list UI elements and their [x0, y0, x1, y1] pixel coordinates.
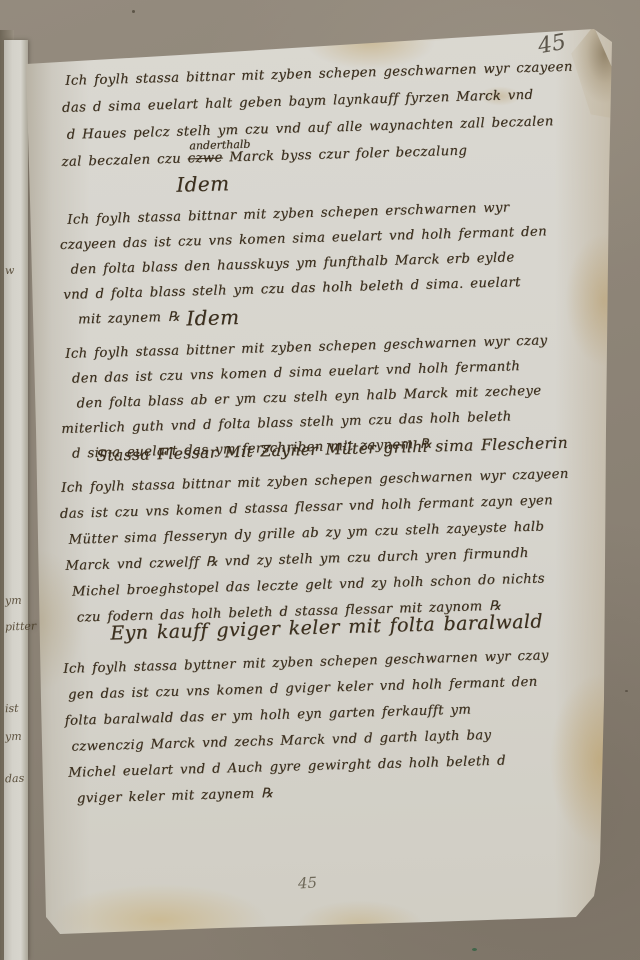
- marginal-text-fragment: ist: [5, 702, 19, 715]
- line-text: zal beczalen czu: [61, 152, 181, 170]
- marginal-text-fragment: w: [5, 264, 15, 277]
- speck: [472, 948, 477, 951]
- inserted-word: anderthalb: [189, 131, 251, 160]
- entry-1-heading: Idem: [158, 21, 589, 57]
- marginal-text-fragment: ym: [5, 730, 22, 744]
- marginal-text-fragment: das: [5, 772, 25, 786]
- manuscript-page: 45 Idem Ich foylh stassa bittnar mit zyb…: [0, 0, 640, 960]
- entry-4: Stassa Flessar Mit Zayner Müter grilhi s…: [58, 431, 593, 632]
- folio-number-bottom: 45: [298, 874, 318, 893]
- interlinear-insertion: anderthalb czwe: [187, 144, 223, 172]
- speck: [132, 10, 135, 13]
- line-text: Marck byss czur foler beczalung: [229, 144, 467, 166]
- marginal-text-fragment: ym: [5, 594, 22, 608]
- facing-page-sliver: w ym pitter ist ym das: [4, 40, 28, 960]
- speck: [625, 690, 628, 692]
- marginal-text-fragment: pitter: [5, 619, 37, 633]
- entry-1: Idem Ich foylh stassa bittnar mit zyben …: [58, 21, 592, 176]
- entry-5: Eyn kauff gviger keler mit folta baralwa…: [58, 607, 593, 813]
- photo-of-manuscript: w ym pitter ist ym das 45 Idem Ich foylh…: [0, 0, 640, 960]
